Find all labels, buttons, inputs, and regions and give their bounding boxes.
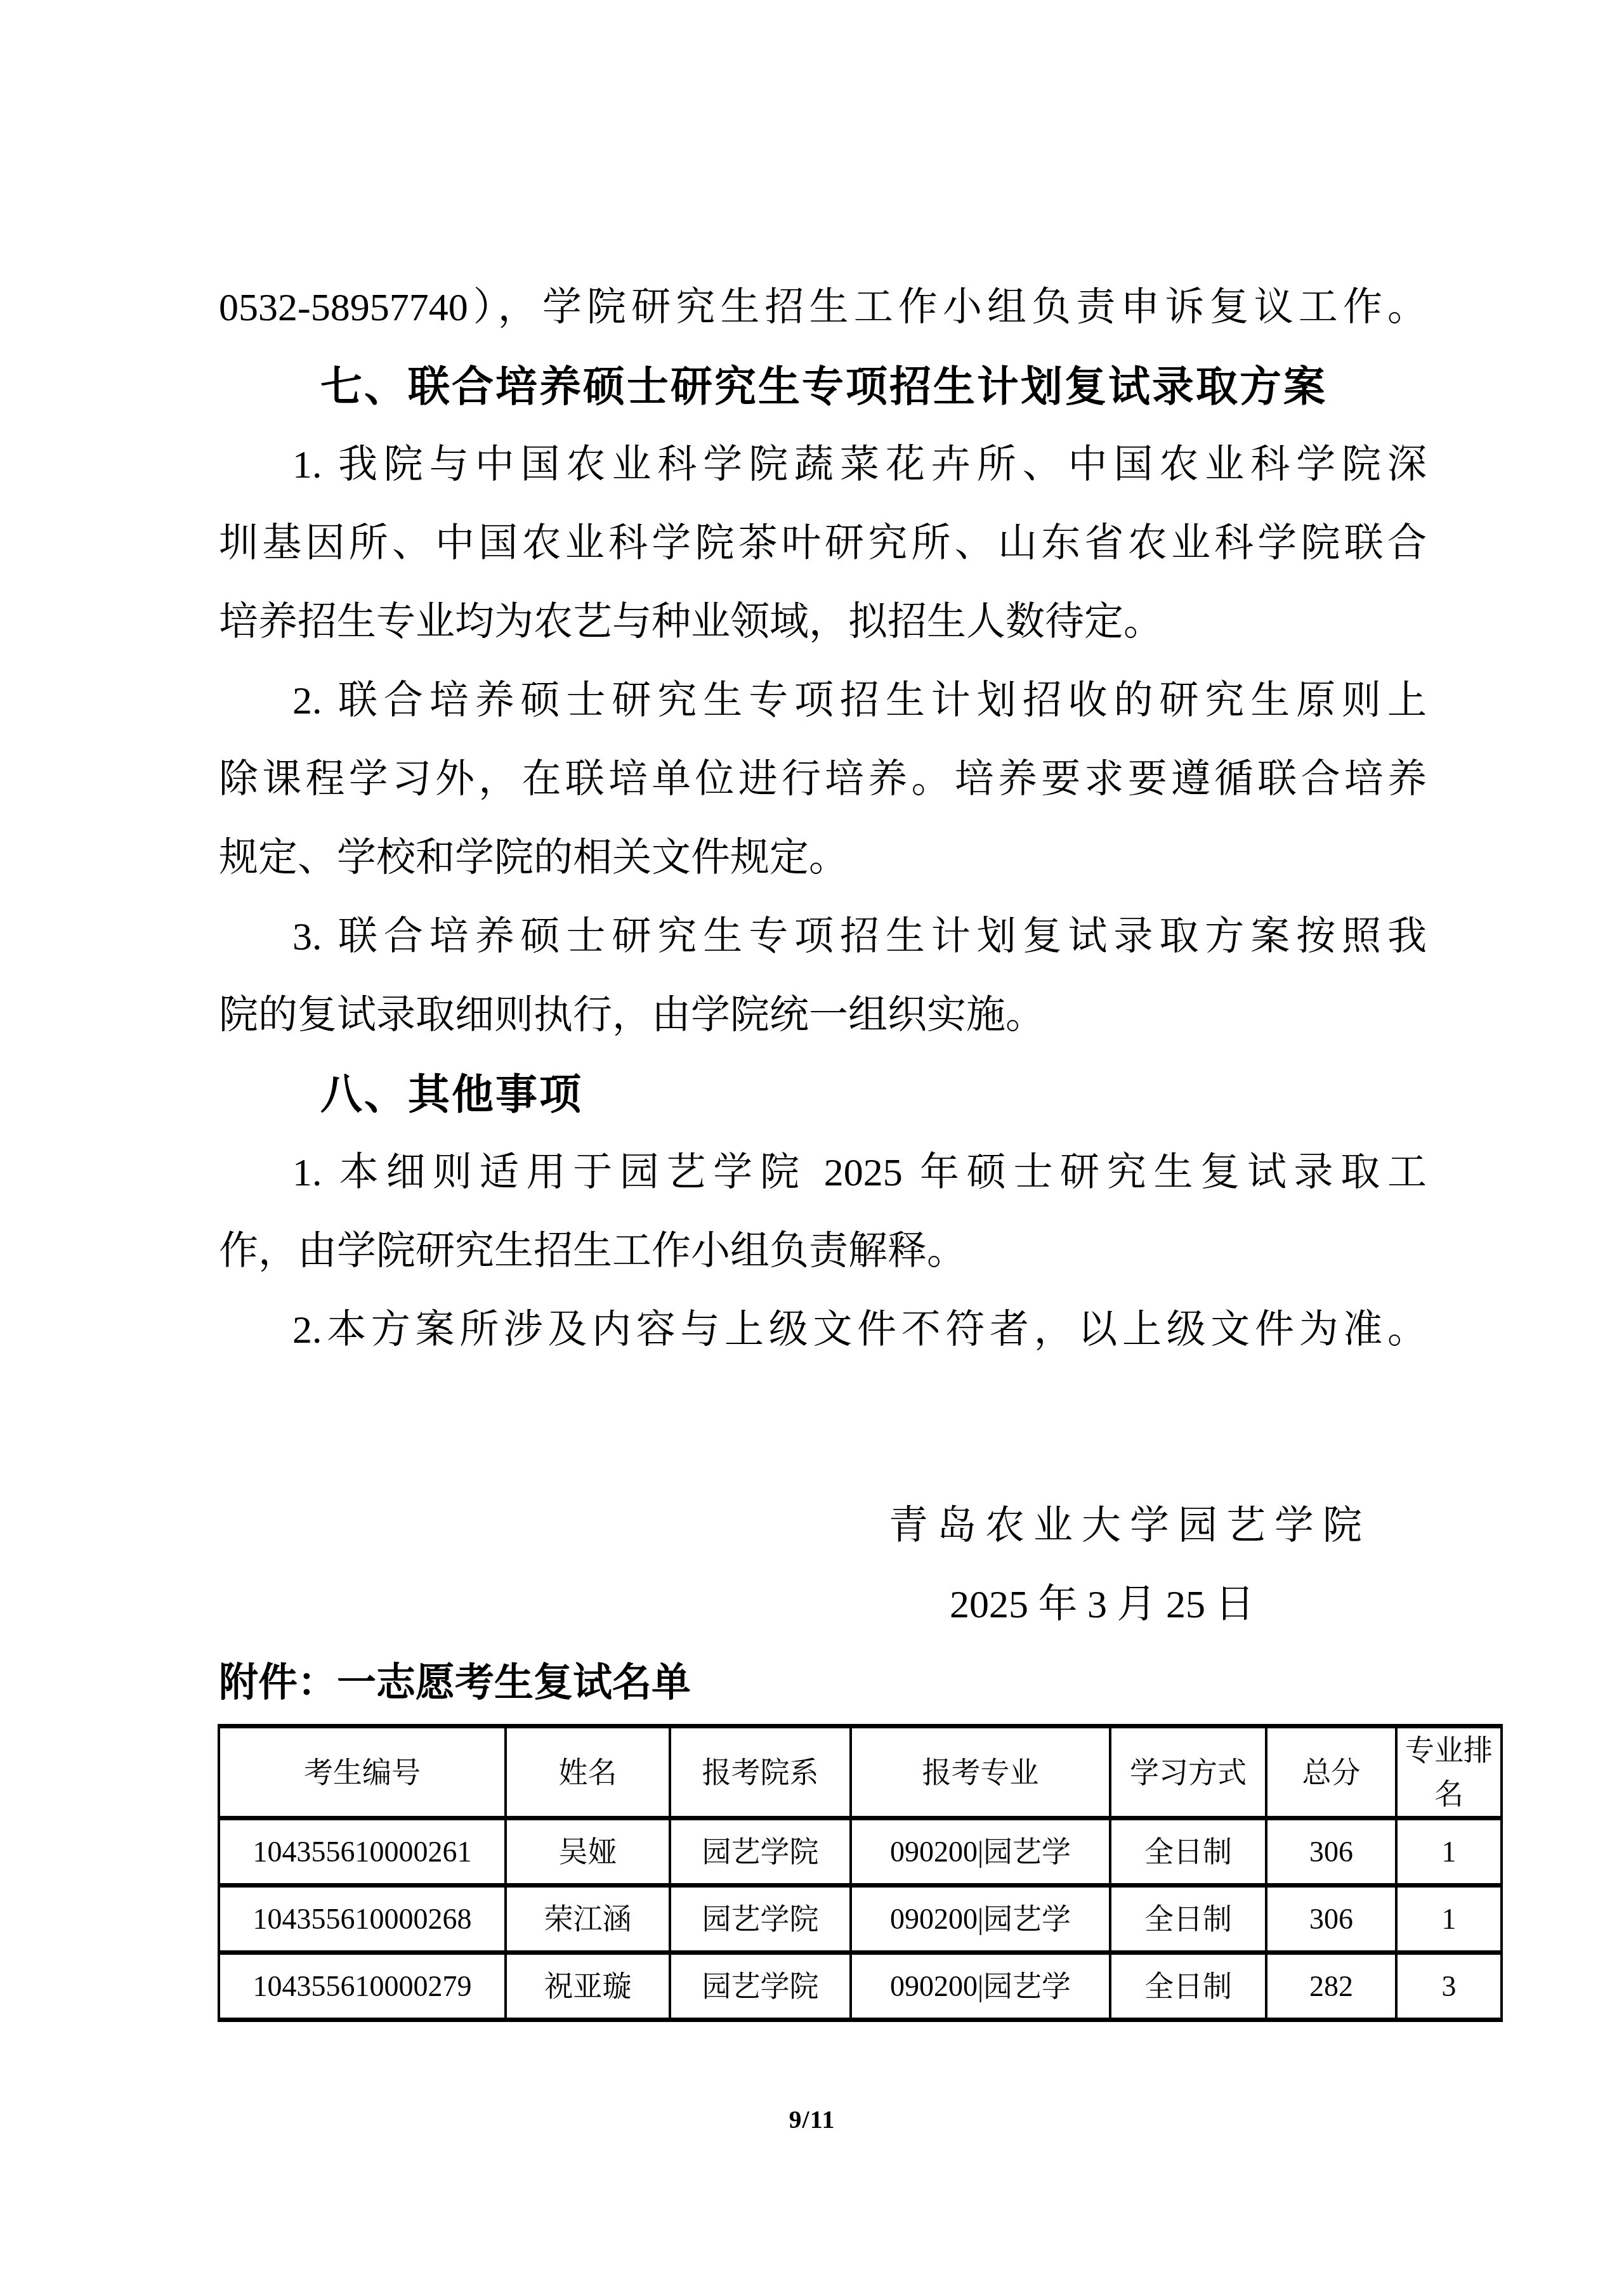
table-row: 104355610000268荣江涵园艺学院090200|园艺学全日制3061 xyxy=(219,1886,1502,1953)
table-cell: 282 xyxy=(1266,1953,1396,2020)
body-text-line: 1. 本细则适用于园艺学院 2025 年硕士研究生复试录取工 xyxy=(219,1133,1427,1212)
body-text-line: 3. 联合培养硕士研究生专项招生计划复试录取方案按照我 xyxy=(219,897,1427,976)
signature-organization: 青岛农业大学园艺学院 xyxy=(889,1487,1427,1565)
table-cell: 荣江涵 xyxy=(506,1886,670,1953)
table-header-row: 考生编号姓名报考院系报考专业学习方式总分专业排名 xyxy=(219,1726,1502,1818)
document-body: 0532-58957740），学院研究生招生工作小组负责申诉复议工作。七、联合培… xyxy=(0,0,1624,2022)
body-text-line: 院的复试录取细则执行，由学院统一组织实施。 xyxy=(219,976,1427,1055)
column-header: 总分 xyxy=(1266,1726,1396,1818)
table-cell: 1 xyxy=(1396,1818,1502,1886)
body-text-line: 圳基因所、中国农业科学院茶叶研究所、山东省农业科学院联合 xyxy=(219,504,1427,583)
table-body: 104355610000261吴娅园艺学院090200|园艺学全日制306110… xyxy=(219,1818,1502,2020)
table-cell: 园艺学院 xyxy=(670,1818,851,1886)
table-cell: 吴娅 xyxy=(506,1818,670,1886)
column-header: 专业排名 xyxy=(1396,1726,1502,1818)
table-cell: 园艺学院 xyxy=(670,1953,851,2020)
body-text-line: 0532-58957740），学院研究生招生工作小组负责申诉复议工作。 xyxy=(219,268,1427,347)
table-cell: 3 xyxy=(1396,1953,1502,2020)
column-header: 报考专业 xyxy=(851,1726,1110,1818)
table-cell: 306 xyxy=(1266,1886,1396,1953)
table-cell: 园艺学院 xyxy=(670,1886,851,1953)
column-header: 姓名 xyxy=(506,1726,670,1818)
body-text-line: 1. 我院与中国农业科学院蔬菜花卉所、中国农业科学院深 xyxy=(219,426,1427,504)
table-cell: 090200|园艺学 xyxy=(851,1953,1110,2020)
table-cell: 全日制 xyxy=(1110,1953,1266,2020)
table-cell: 104355610000261 xyxy=(219,1818,506,1886)
table-row: 104355610000279祝亚璇园艺学院090200|园艺学全日制2823 xyxy=(219,1953,1502,2020)
body-text-line: 除课程学习外，在联培单位进行培养。培养要求要遵循联合培养 xyxy=(219,740,1427,819)
table-row: 104355610000261吴娅园艺学院090200|园艺学全日制3061 xyxy=(219,1818,1502,1886)
table-cell: 090200|园艺学 xyxy=(851,1818,1110,1886)
page-number: 9/11 xyxy=(0,2104,1624,2134)
table-cell: 全日制 xyxy=(1110,1886,1266,1953)
text-lines: 0532-58957740），学院研究生招生工作小组负责申诉复议工作。七、联合培… xyxy=(219,268,1427,1369)
body-text-line: 规定、学校和学院的相关文件规定。 xyxy=(219,819,1427,897)
table-cell: 090200|园艺学 xyxy=(851,1886,1110,1953)
attachment-title: 附件：一志愿考生复试名单 xyxy=(219,1644,1427,1723)
table-cell: 306 xyxy=(1266,1818,1396,1886)
signature-date: 2025 年 3 月 25 日 xyxy=(950,1565,1427,1644)
body-text-line: 2.本方案所涉及内容与上级文件不符者，以上级文件为准。 xyxy=(219,1291,1427,1369)
body-text-line: 作，由学院研究生招生工作小组负责解释。 xyxy=(219,1212,1427,1291)
table-cell: 1 xyxy=(1396,1886,1502,1953)
column-header: 学习方式 xyxy=(1110,1726,1266,1818)
column-header: 报考院系 xyxy=(670,1726,851,1818)
document-page: 0532-58957740），学院研究生招生工作小组负责申诉复议工作。七、联合培… xyxy=(0,0,1624,2296)
body-text-line: 2. 联合培养硕士研究生专项招生计划招收的研究生原则上 xyxy=(219,662,1427,740)
candidate-table: 考生编号姓名报考院系报考专业学习方式总分专业排名 104355610000261… xyxy=(218,1724,1503,2022)
body-text-line: 培养招生专业均为农艺与种业领域，拟招生人数待定。 xyxy=(219,583,1427,662)
table-cell: 104355610000268 xyxy=(219,1886,506,1953)
section-heading: 七、联合培养硕士研究生专项招生计划复试录取方案 xyxy=(320,347,1427,426)
table-cell: 祝亚璇 xyxy=(506,1953,670,2020)
table-cell: 104355610000279 xyxy=(219,1953,506,2020)
section-heading: 八、其他事项 xyxy=(320,1055,1427,1133)
table-cell: 全日制 xyxy=(1110,1818,1266,1886)
column-header: 考生编号 xyxy=(219,1726,506,1818)
